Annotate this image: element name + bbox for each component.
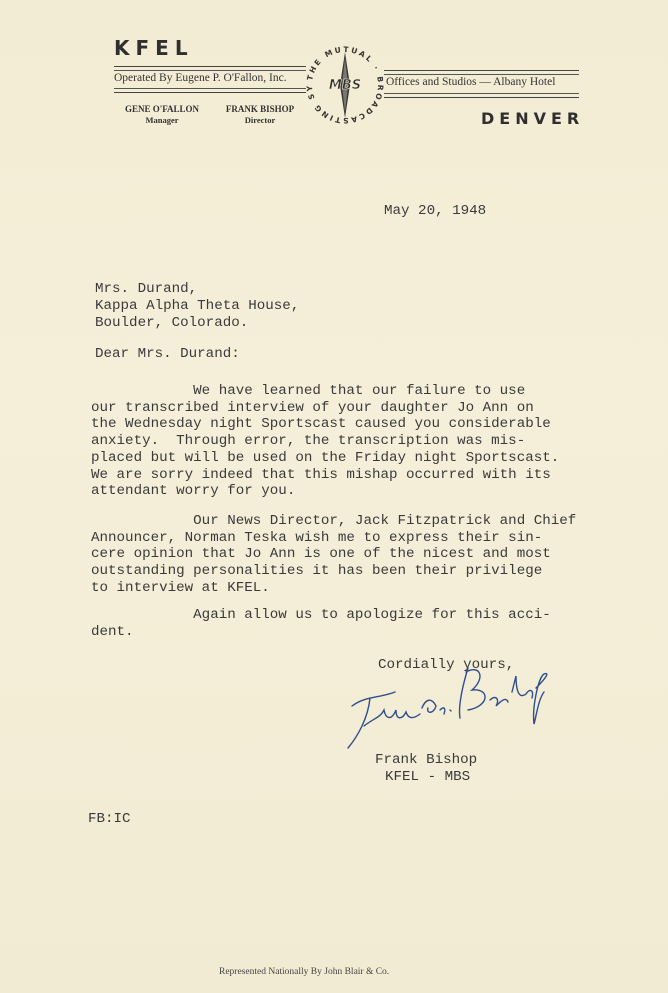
handwritten-signature-icon <box>340 648 560 758</box>
footer-representation: Represented Nationally By John Blair & C… <box>219 967 389 977</box>
divider <box>114 88 306 89</box>
letter-date: May 20, 1948 <box>384 203 486 220</box>
mbs-logo-icon: THE MUTUAL · BROADCASTING SYSTEM · MBS <box>304 44 386 126</box>
divider <box>384 97 579 98</box>
director-name: FRANK BISHOP <box>222 104 298 114</box>
letter-page: KFEL Operated By Eugene P. O'Fallon, Inc… <box>0 0 668 993</box>
address-line: Mrs. Durand, <box>95 281 197 298</box>
divider <box>114 70 306 71</box>
manager-name: GENE O'FALLON <box>124 104 200 114</box>
director-title: Director <box>222 115 298 125</box>
typist-initials: FB:IC <box>88 811 131 828</box>
signer-affiliation: KFEL - MBS <box>385 769 470 786</box>
address-line: Boulder, Colorado. <box>95 315 248 332</box>
signer-name: Frank Bishop <box>375 752 477 769</box>
divider <box>384 74 579 75</box>
divider <box>114 66 306 67</box>
body-paragraph: We have learned that our failure to use … <box>91 383 631 500</box>
manager-title: Manager <box>124 115 200 125</box>
divider <box>384 93 579 94</box>
station-name: KFEL <box>114 36 194 60</box>
offices-line: Offices and Studios — Albany Hotel <box>386 76 555 88</box>
body-paragraph: Again allow us to apologize for this acc… <box>91 607 631 640</box>
divider <box>114 92 306 93</box>
salutation: Dear Mrs. Durand: <box>95 346 240 363</box>
operator-line: Operated By Eugene P. O'Fallon, Inc. <box>114 72 287 84</box>
mbs-logo-text: MBS <box>329 78 361 93</box>
divider <box>384 70 579 71</box>
body-paragraph: Our News Director, Jack Fitzpatrick and … <box>91 513 631 597</box>
address-line: Kappa Alpha Theta House, <box>95 298 299 315</box>
city-name: DENVER <box>481 109 584 128</box>
